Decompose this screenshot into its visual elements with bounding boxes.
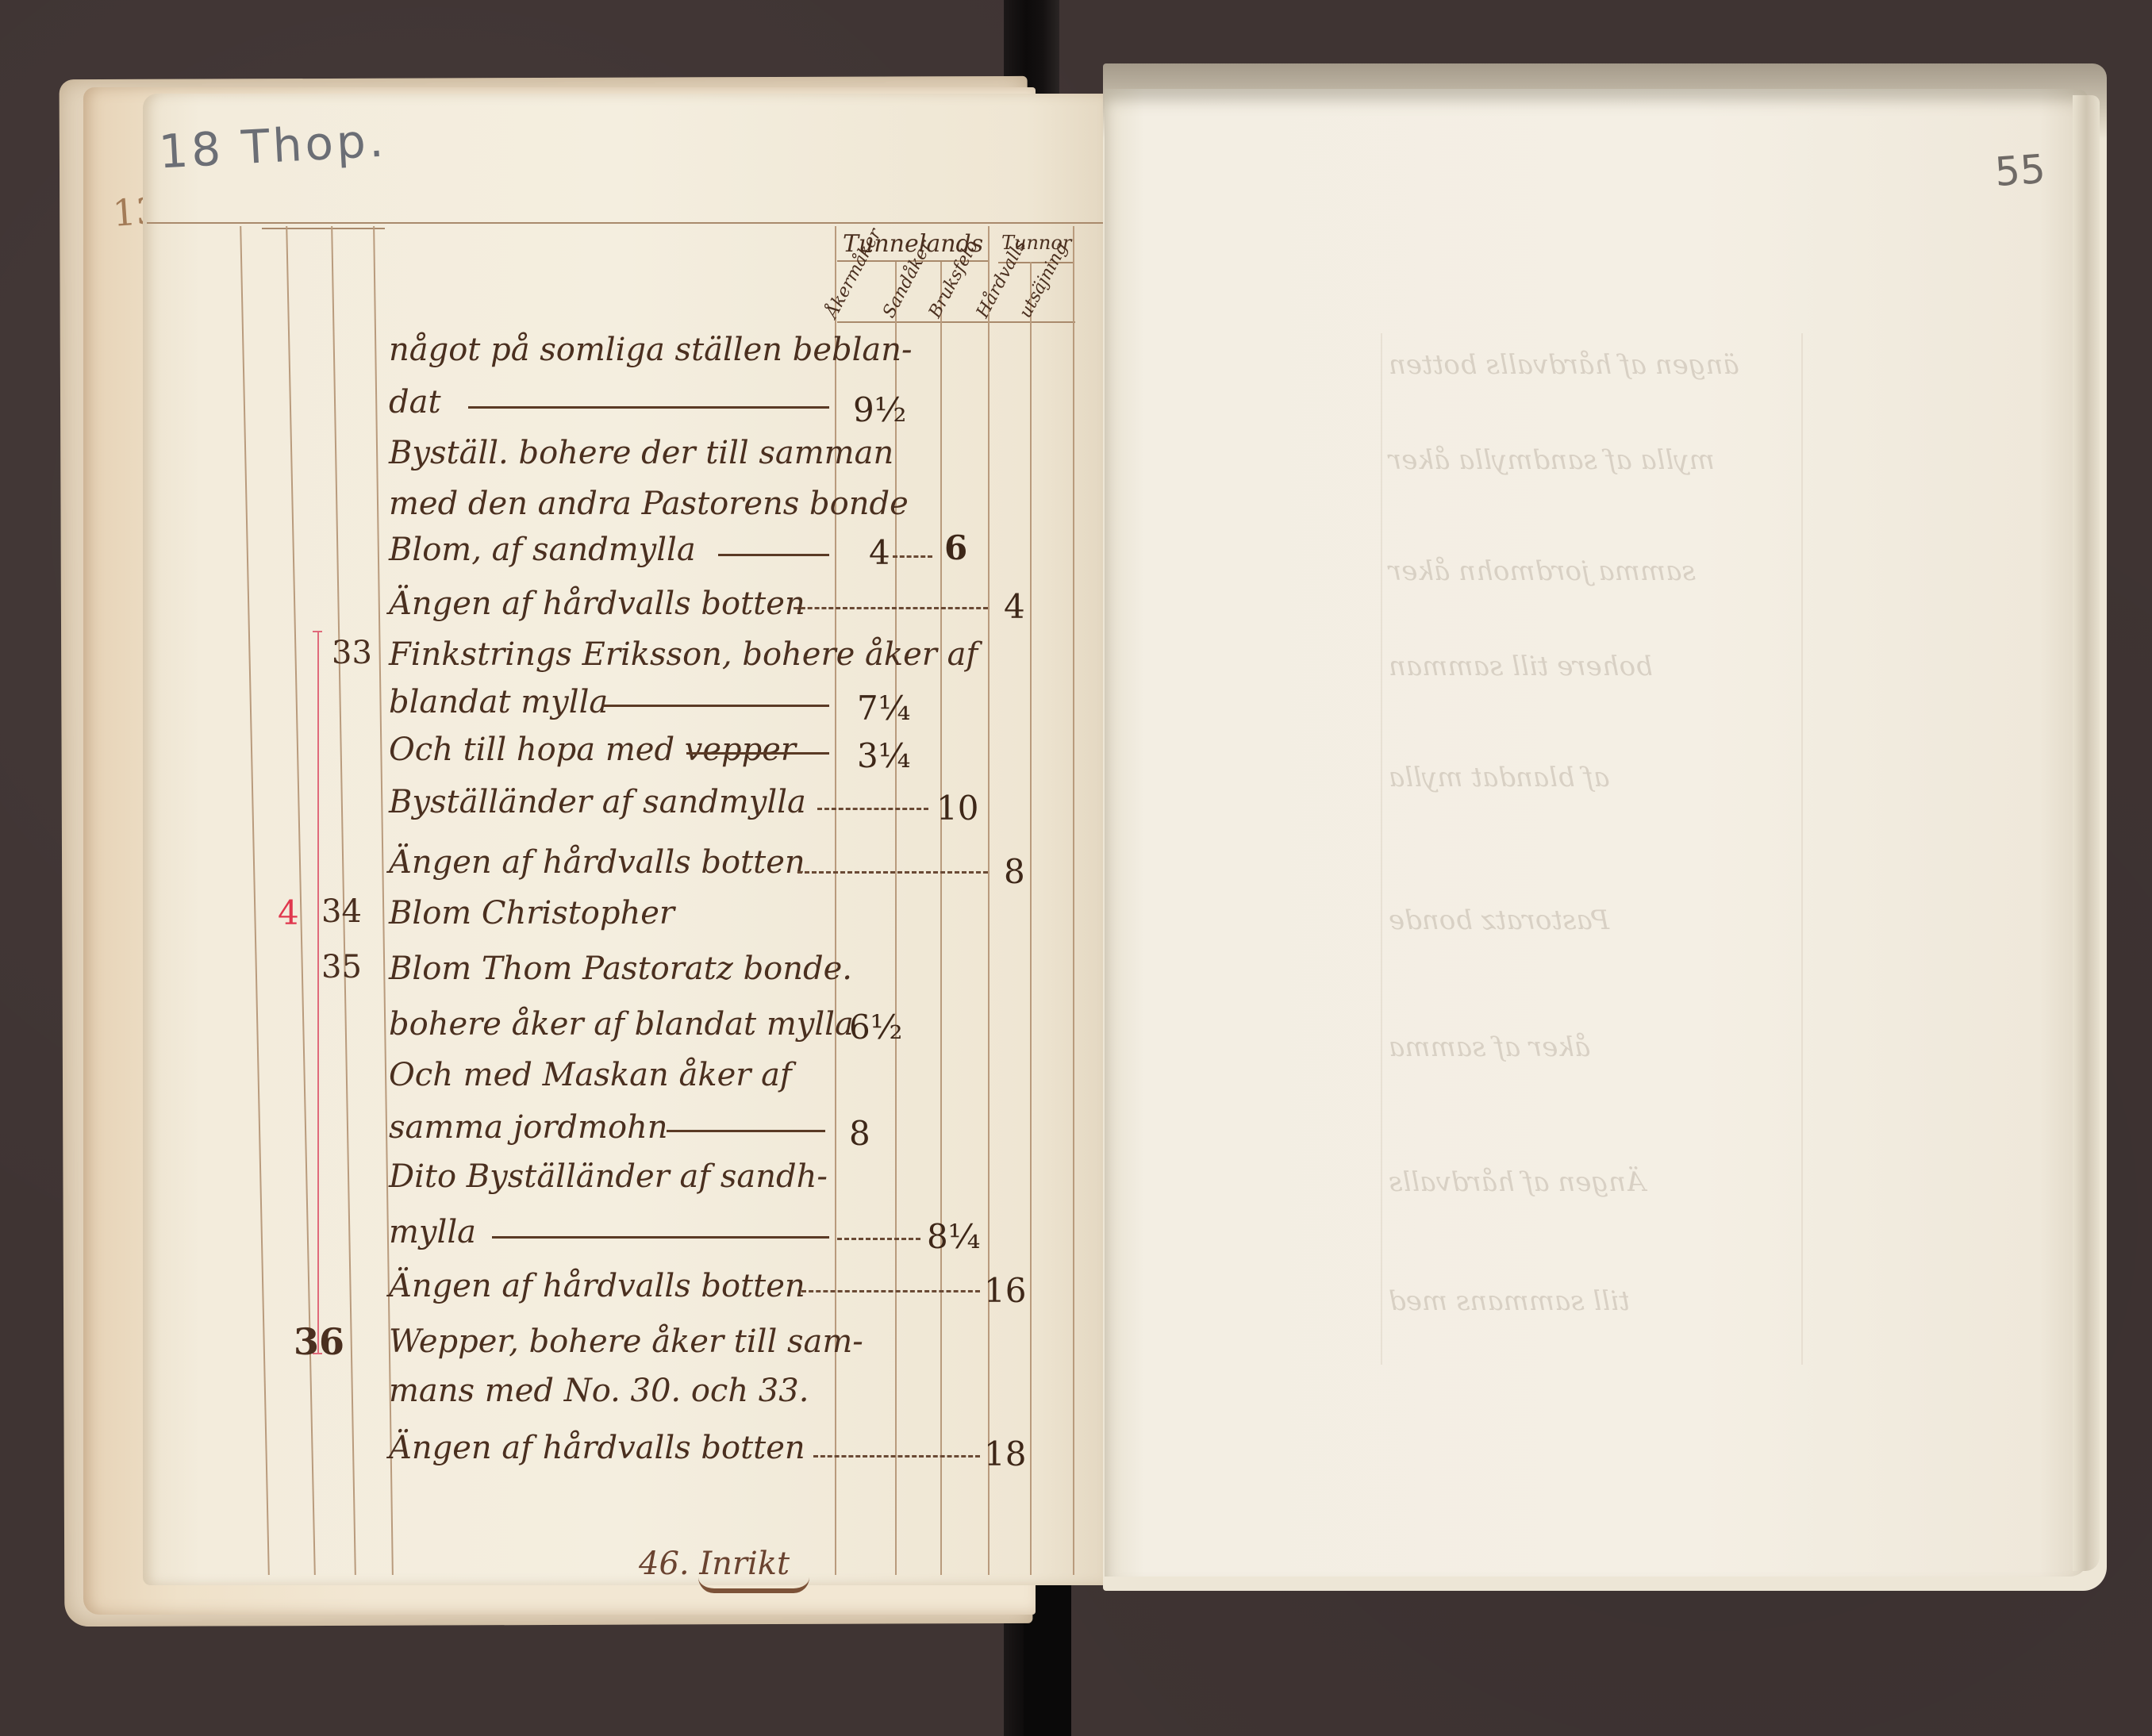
leader-line [801,1290,980,1292]
entry-number: 36 [294,1320,344,1363]
red-bracket-top [313,631,322,632]
entry-line: Blom Thom Pastoratz bonde. [389,951,852,987]
bleed-through-text: till sammans med [1389,1285,1630,1317]
entry-line: Ängen af hårdvalls botten [389,1268,805,1304]
entry-line: Finkstrings Eriksson, bohere åker af [389,636,978,673]
leader-line [492,1236,829,1239]
entry-line: Dito Byställänder af sandh- [389,1158,828,1195]
red-bracket-line [317,631,319,1353]
value-cell: 8 [849,1114,870,1153]
entry-line: Byställänder af sandmylla [389,784,806,820]
column-header-bottom-rule [837,321,1075,323]
leader-line [718,554,829,556]
bleed-through-text: Ängen af hårdvalls [1389,1166,1646,1198]
entry-line: Wepper, bohere åker till sam- [389,1323,863,1360]
leader-line [893,555,932,558]
value-cell: 7¼ [857,689,910,728]
page-number: 55 [1993,146,2047,195]
bleed-through-rule [1801,333,1803,1365]
header-rule-top [147,222,1103,224]
value-cell: 9½ [853,390,906,429]
value-col-rule-5 [1030,262,1032,1575]
entry-line: något på somliga ställen beblan- [389,332,913,368]
entry-number: 35 [321,949,362,985]
value-cell: 6 [944,528,967,567]
left-page [143,94,1103,1585]
entry-line: bohere åker af blandat mylla [389,1006,854,1043]
bleed-through-text: Pastoratz bonde [1389,904,1609,936]
bleed-through-text: ängen af hårdvalls botten [1389,349,1739,381]
value-col-rule-6 [1073,226,1074,1575]
bleed-through-text: samma jordmohn åker [1389,555,1696,587]
entry-number: 34 [321,893,362,930]
entry-line: samma jordmohn [389,1109,668,1146]
header-rule-sub [262,228,385,229]
entry-line: Blom, af sandmylla [389,532,696,568]
entry-line: mans med No. 30. och 33. [389,1373,809,1409]
value-cell: 8 [1004,852,1025,891]
right-page [1105,89,2089,1577]
value-col-rule-1 [835,226,836,1575]
value-col-rule-4 [988,226,990,1575]
leader-line [837,1238,920,1240]
entry-line: Och med Maskan åker af [389,1057,792,1093]
entry-line: mylla [389,1214,476,1250]
value-cell: 18 [984,1435,1026,1473]
red-margin-mark: 4 [278,893,299,932]
leader-line [797,871,988,874]
value-col-rule-3 [940,262,942,1575]
bleed-through-text: af blandat mylla [1389,762,1609,793]
value-cell: 10 [936,789,978,828]
entry-line: blandat mylla [389,684,608,720]
entry-line: Blom Christopher [389,895,674,931]
bleed-through-text: åker af samma [1389,1031,1590,1063]
value-col-rule-2 [895,262,897,1575]
entry-line: Byställ. bohere der till samman [389,435,893,471]
value-cell: 6½ [849,1008,902,1047]
value-cell: 4 [1004,587,1025,626]
right-page-fore-edge [2073,95,2100,1571]
leader-line [813,1455,980,1458]
leader-line [686,752,829,755]
entry-line: Ängen af hårdvalls botten [389,1430,805,1466]
value-cell: 4 [869,533,890,572]
entry-line: med den andra Pastorens bonde [389,486,909,522]
bleed-through-rule [1381,333,1382,1365]
entry-line: Och till hopa med vepper [389,732,796,768]
entry-line: dat [389,384,441,421]
entry-line: Ängen af hårdvalls botten [389,586,805,622]
bleed-through-text: mylla af sandmylla åker [1389,444,1715,476]
bleed-through-text: bohere till samman [1389,651,1653,682]
entry-number: 33 [332,635,372,671]
leader-line [468,406,829,409]
leader-line [603,705,829,707]
value-cell: 3¼ [857,736,910,775]
value-cell: 8¼ [927,1217,980,1256]
signature-flourish [698,1577,809,1593]
leader-line [667,1130,825,1132]
leader-line [817,808,928,810]
value-cell: 16 [984,1271,1026,1310]
entry-line: Ängen af hårdvalls botten [389,844,805,881]
leader-line [794,607,988,609]
